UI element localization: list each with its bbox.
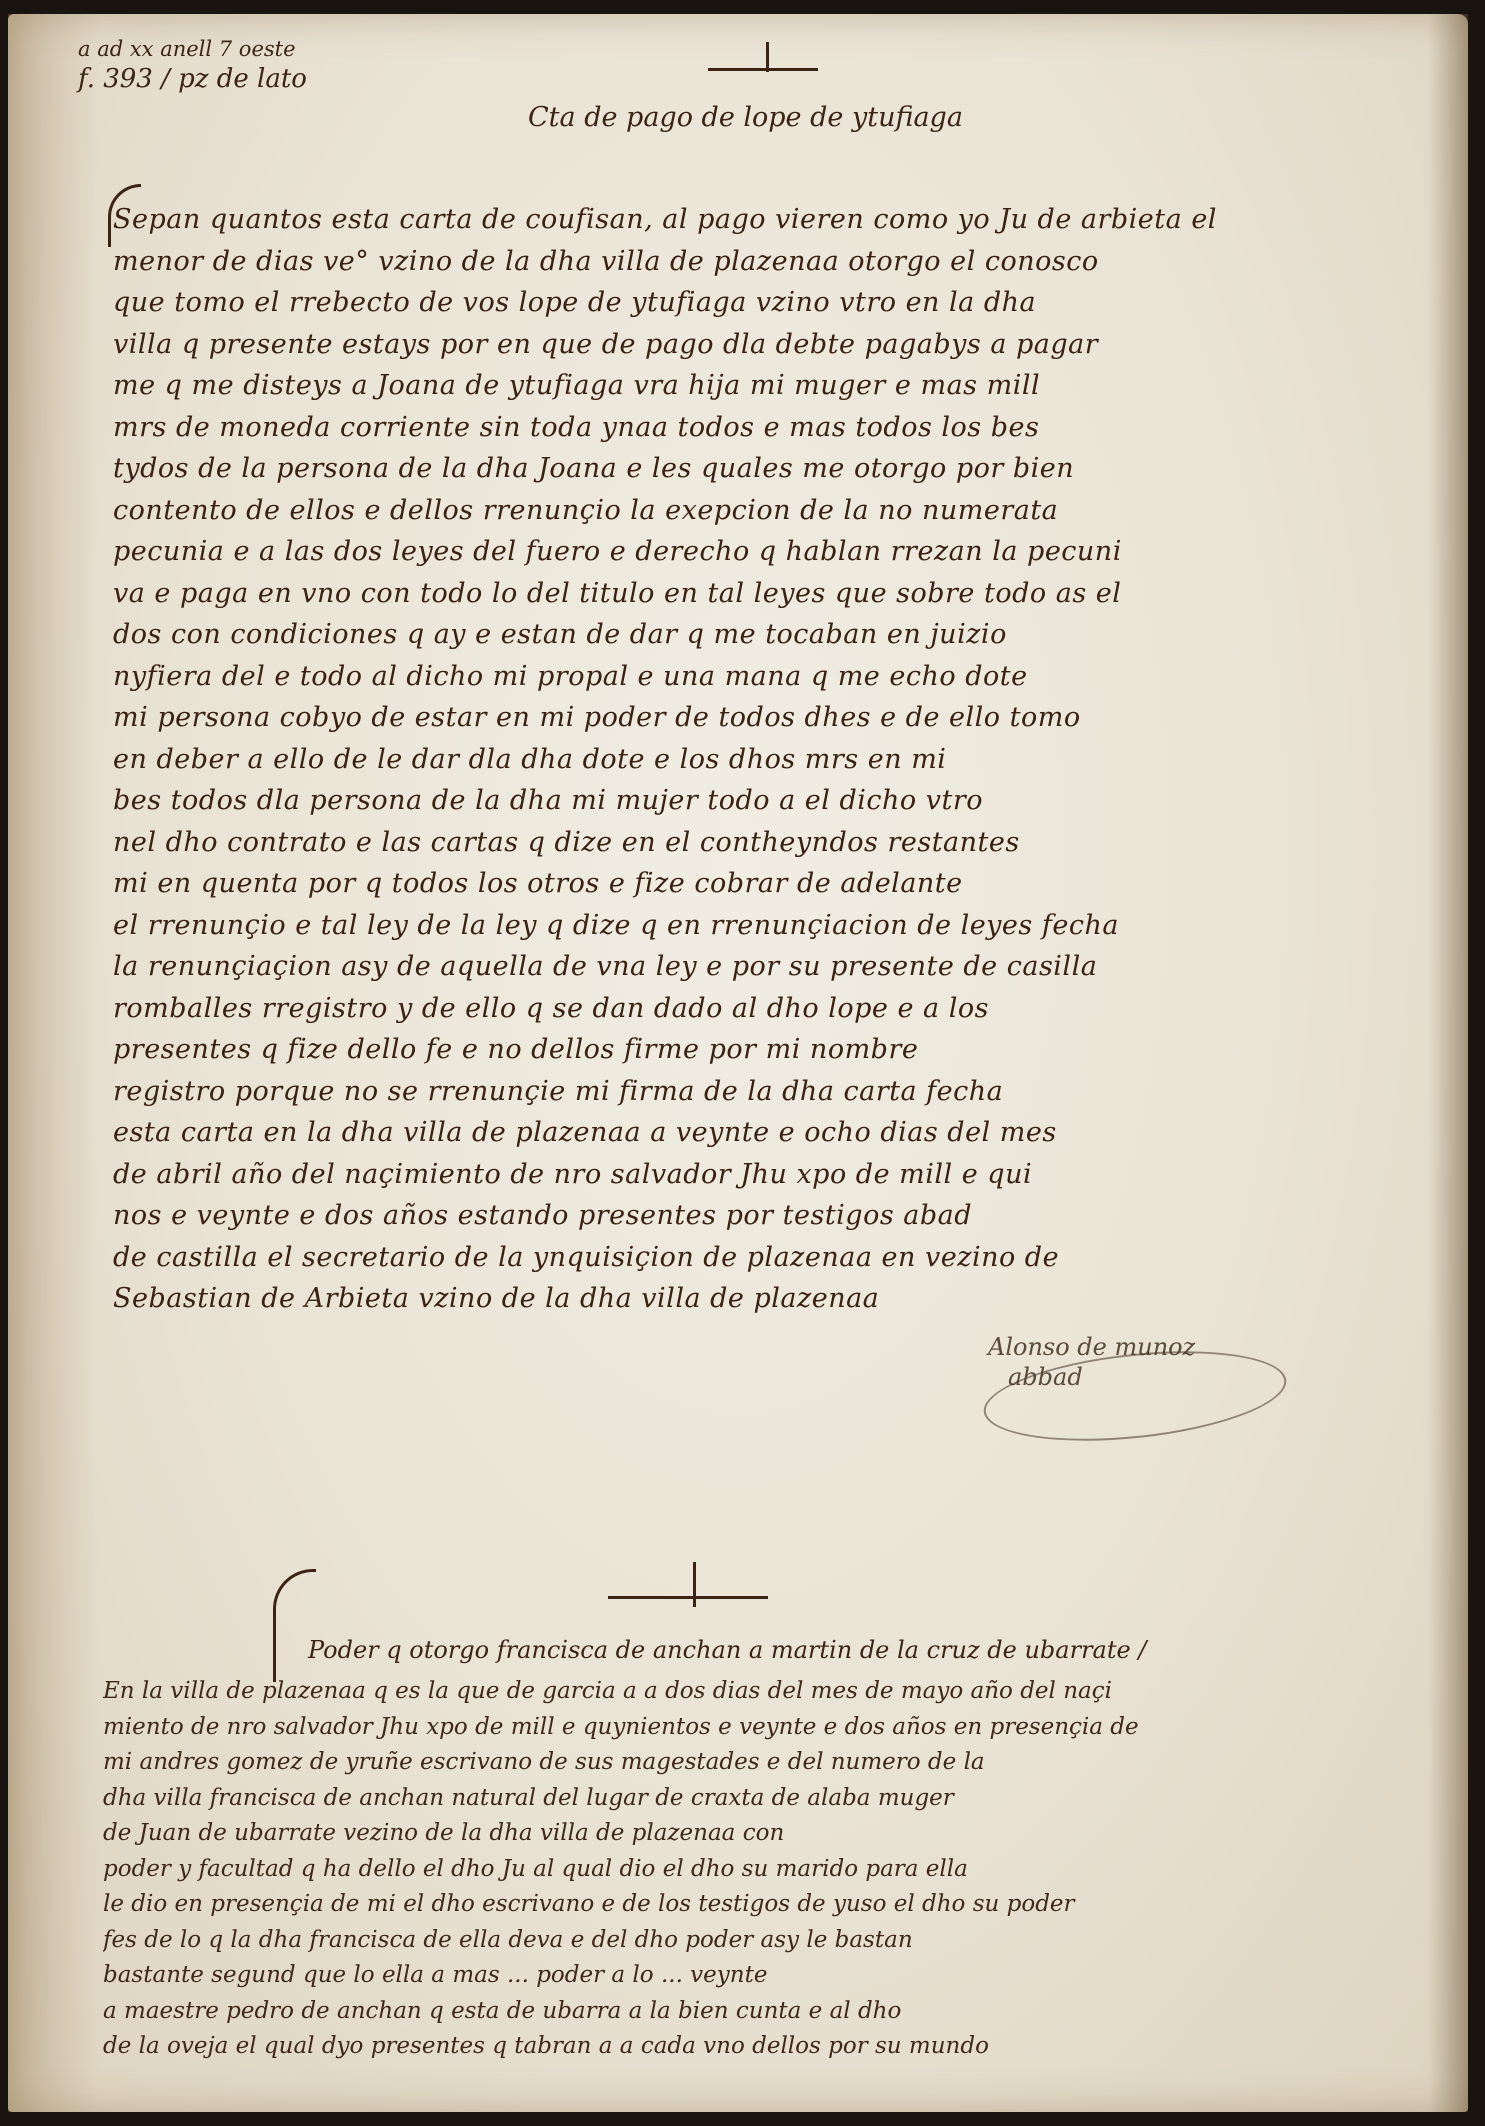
text-line: nel dho contrato e las cartas q dize en … <box>113 822 1353 864</box>
text-line: menor de dias ve° vzino de la dha villa … <box>113 241 1353 283</box>
text-line: mrs de moneda corriente sin toda ynaa to… <box>113 407 1353 449</box>
entry1-body: Sepan quantos esta carta de coufisan, al… <box>113 199 1353 1320</box>
text-line: el rrenunçio e tal ley de la ley q dize … <box>113 905 1353 947</box>
text-line: poder y facultad q ha dello el dho Ju al… <box>103 1852 1393 1888</box>
text-line: villa q presente estays por en que de pa… <box>113 324 1353 366</box>
text-line: bes todos dla persona de la dha mi mujer… <box>113 780 1353 822</box>
text-line: va e paga en vno con todo lo del titulo … <box>113 573 1353 615</box>
text-line: fes de lo q la dha francisca de ella dev… <box>103 1923 1393 1959</box>
text-line: de castilla el secretario de la ynquisiç… <box>113 1237 1353 1279</box>
text-line: que tomo el rrebecto de vos lope de ytuf… <box>113 282 1353 324</box>
text-line: me q me disteys a Joana de ytufiaga vra … <box>113 365 1353 407</box>
text-line: Sebastian de Arbieta vzino de la dha vil… <box>113 1278 1353 1320</box>
text-line: esta carta en la dha villa de plazenaa a… <box>113 1112 1353 1154</box>
text-line: mi en quenta por q todos los otros e fiz… <box>113 863 1353 905</box>
text-line: En la villa de plazenaa q es la que de g… <box>103 1674 1393 1710</box>
text-line: nyfiera del e todo al dicho mi propal e … <box>113 656 1353 698</box>
text-line: dos con condiciones q ay e estan de dar … <box>113 614 1353 656</box>
text-line: miento de nro salvador Jhu xpo de mill e… <box>103 1710 1393 1746</box>
entry2-heading: Poder q otorgo francisca de anchan a mar… <box>308 1636 1146 1664</box>
margin-note: a ad xx anell 7 oeste f. 393 / pz de lat… <box>78 34 307 94</box>
text-line: mi persona cobyo de estar en mi poder de… <box>113 697 1353 739</box>
manuscript-page: a ad xx anell 7 oeste f. 393 / pz de lat… <box>8 14 1468 2112</box>
text-line: en deber a ello de le dar dla dha dote e… <box>113 739 1353 781</box>
text-line: de Juan de ubarrate vezino de la dha vil… <box>103 1816 1393 1852</box>
text-line: pecunia e a las dos leyes del fuero e de… <box>113 531 1353 573</box>
text-line: nos e veynte e dos años estando presente… <box>113 1195 1353 1237</box>
text-line: dha villa francisca de anchan natural de… <box>103 1781 1393 1817</box>
text-line: contento de ellos e dellos rrenunçio la … <box>113 490 1353 532</box>
entry1-heading: Cta de pago de lope de ytufiaga <box>528 102 963 133</box>
entry2-cross-mark-bar <box>608 1596 768 1599</box>
text-line: a maestre pedro de anchan q esta de ubar… <box>103 1994 1393 2030</box>
entry2-cross-mark <box>693 1562 696 1607</box>
text-line: le dio en presençia de mi el dho escriva… <box>103 1887 1393 1923</box>
text-line: de la oveja el qual dyo presentes q tabr… <box>103 2029 1393 2065</box>
entry2-bracket <box>273 1569 316 1682</box>
text-line: la renunçiaçion asy de aquella de vna le… <box>113 946 1353 988</box>
entry2-body: En la villa de plazenaa q es la que de g… <box>103 1674 1393 2065</box>
text-line: bastante segund que lo ella a mas ... po… <box>103 1958 1393 1994</box>
folio-cross-mark-bar <box>708 68 818 71</box>
margin-note-line1: a ad xx anell 7 oeste <box>78 34 307 64</box>
text-line: registro porque no se rrenunçie mi firma… <box>113 1071 1353 1113</box>
text-line: de abril año del naçimiento de nro salva… <box>113 1154 1353 1196</box>
text-line: romballes rregistro y de ello q se dan d… <box>113 988 1353 1030</box>
text-line: Sepan quantos esta carta de coufisan, al… <box>113 199 1353 241</box>
text-line: mi andres gomez de yruñe escrivano de su… <box>103 1745 1393 1781</box>
text-line: presentes q fize dello fe e no dellos fi… <box>113 1029 1353 1071</box>
text-line: tydos de la persona de la dha Joana e le… <box>113 448 1353 490</box>
margin-note-line2: f. 393 / pz de lato <box>78 64 307 94</box>
